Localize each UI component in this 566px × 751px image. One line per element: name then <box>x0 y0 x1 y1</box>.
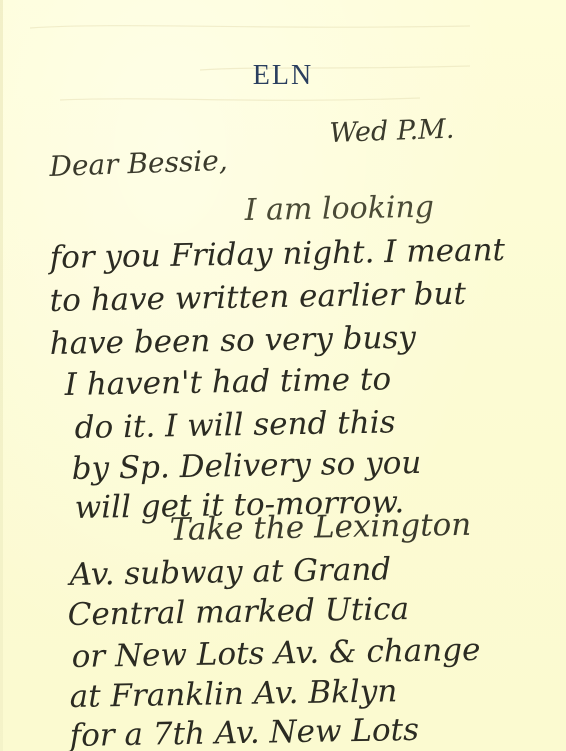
letterhead-monogram: ELN <box>0 60 566 92</box>
body-line: to have written earlier but <box>49 276 466 319</box>
body-line: I haven't had time to <box>64 361 391 403</box>
body-line: at Franklin Av. Bklyn <box>69 673 397 715</box>
body-line: do it. I will send this <box>74 404 395 446</box>
body-line: for you Friday night. I meant <box>49 232 505 276</box>
body-line: Av. subway at Grand <box>69 551 391 593</box>
date-line: Wed P.M. <box>329 114 455 149</box>
body-line: by Sp. Delivery so you <box>71 445 421 487</box>
body-line: have been so very busy <box>49 320 416 362</box>
body-line: Take the Lexington <box>169 507 471 548</box>
paper-edge <box>0 0 3 751</box>
salutation: Dear Bessie, <box>49 144 228 183</box>
body-line: Central marked Utica <box>67 591 409 633</box>
letter-page: ELN Wed P.M. Dear Bessie, I am looking f… <box>0 0 566 751</box>
body-line: for a 7th Av. New Lots <box>69 712 419 751</box>
body-line: I am looking <box>244 190 434 228</box>
body-line: or New Lots Av. & change <box>71 632 480 675</box>
